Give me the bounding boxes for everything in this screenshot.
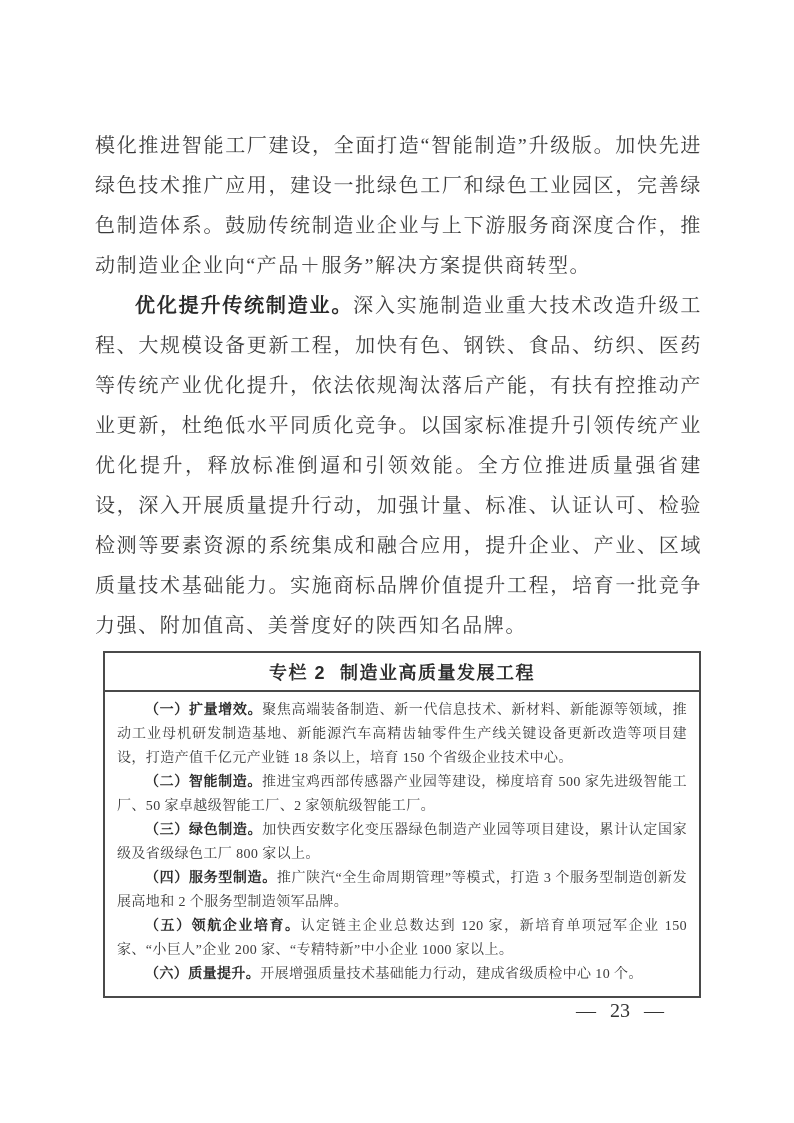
box-item-6-text: 开展增强质量技术基础能力行动，建成省级质检中心 10 个。 [260, 967, 643, 982]
box-item-6: （六）质量提升。开展增强质量技术基础能力行动，建成省级质检中心 10 个。 [117, 963, 687, 987]
box-item-6-lead: （六）质量提升。 [145, 967, 260, 982]
page-number-value: 23 [610, 1000, 630, 1022]
feature-box-title: 专栏 2制造业高质量发展工程 [105, 653, 699, 692]
feature-box-title-main: 制造业高质量发展工程 [340, 663, 535, 683]
page-number-dash-right: — [644, 1000, 664, 1022]
box-item-3: （三）绿色制造。加快西安数字化变压器绿色制造产业园等项目建设，累计认定国家级及省… [117, 819, 687, 867]
document-page: 模化推进智能工厂建设，全面打造“智能制造”升级版。加快先进绿色技术推广应用，建设… [0, 0, 794, 1123]
paragraph-optimize-traditional: 优化提升传统制造业。深入实施制造业重大技术改造升级工程、大规模设备更新工程，加快… [95, 286, 702, 646]
paragraph-continuation: 模化推进智能工厂建设，全面打造“智能制造”升级版。加快先进绿色技术推广应用，建设… [95, 126, 702, 286]
box-item-2: （二）智能制造。推进宝鸡西部传感器产业园等建设，梯度培育 500 家先进级智能工… [117, 771, 687, 819]
box-item-5-lead: （五）领航企业培育。 [145, 919, 301, 934]
feature-box-body: （一）扩量增效。聚焦高端装备制造、新一代信息技术、新材料、新能源等领域，推动工业… [105, 692, 699, 996]
box-item-2-lead: （二）智能制造。 [145, 775, 262, 790]
box-item-4-lead: （四）服务型制造。 [145, 871, 277, 886]
paragraph-body: 深入实施制造业重大技术改造升级工程、大规模设备更新工程，加快有色、钢铁、食品、纺… [95, 295, 702, 637]
page-number-dash-left: — [576, 1000, 596, 1022]
page-number: —23— [540, 1000, 700, 1023]
paragraph-lead-bold: 优化提升传统制造业。 [135, 295, 353, 317]
feature-box-column-2: 专栏 2制造业高质量发展工程 （一）扩量增效。聚焦高端装备制造、新一代信息技术、… [103, 651, 701, 998]
box-item-1: （一）扩量增效。聚焦高端装备制造、新一代信息技术、新材料、新能源等领域，推动工业… [117, 699, 687, 771]
box-item-4: （四）服务型制造。推广陕汽“全生命周期管理”等模式，打造 3 个服务型制造创新发… [117, 867, 687, 915]
feature-box-title-prefix: 专栏 2 [269, 663, 326, 683]
box-item-5: （五）领航企业培育。认定链主企业总数达到 120 家，新培育单项冠军企业 150… [117, 915, 687, 963]
body-text-block: 模化推进智能工厂建设，全面打造“智能制造”升级版。加快先进绿色技术推广应用，建设… [95, 126, 702, 646]
box-item-1-lead: （一）扩量增效。 [145, 703, 262, 718]
box-item-3-lead: （三）绿色制造。 [145, 823, 262, 838]
